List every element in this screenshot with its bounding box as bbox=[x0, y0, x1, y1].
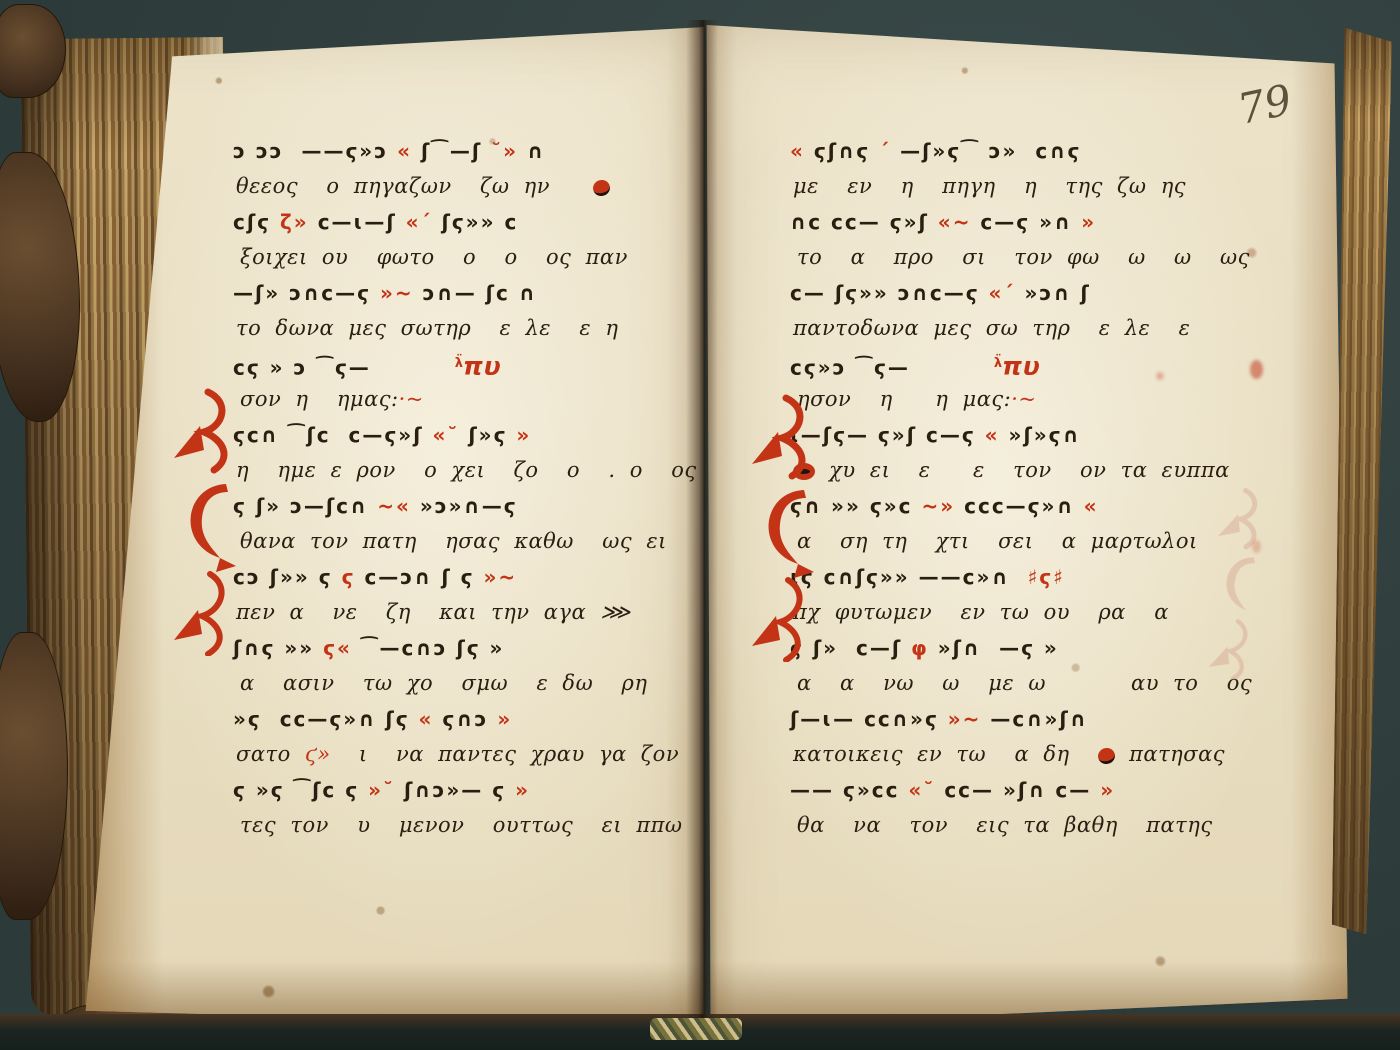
black-ink-text: ϛ »ϛ ⁀ʃϲ ϛ bbox=[233, 778, 368, 802]
black-ink-text: ɩ—ʃϛ— ϛ»ʃ ϲ—ϛ bbox=[790, 423, 985, 447]
black-ink-text: η ημε ε ρον ο χει ζο ο . ο ος bbox=[236, 458, 697, 482]
red-ink-text: « bbox=[985, 423, 1009, 447]
lyric-line: χυ ει ε ε τον ον τα ευππα bbox=[793, 454, 1260, 487]
black-ink-text: ϲɔ ʃ»» ϛ bbox=[233, 565, 342, 589]
red-ink-text: »˘ bbox=[368, 778, 404, 802]
right-page-edges bbox=[1332, 28, 1393, 935]
red-ink-text: φ bbox=[911, 636, 938, 660]
black-ink-text: ϛʃ∩ϛ bbox=[814, 139, 879, 163]
black-ink-text: κατοικεις εν τω α δη bbox=[793, 742, 1098, 766]
black-ink-text: το δωνα μες σωτηρ ε λε ε η bbox=[236, 316, 618, 340]
red-ink-text: ~« bbox=[377, 494, 420, 518]
neume-line: ϲϛ»ɔ ⁀ϛ—λ̈πυ bbox=[790, 345, 1260, 383]
red-ink-text: » bbox=[1100, 778, 1115, 802]
black-ink-text: θεεος ο πηγαζων ζω ην bbox=[236, 174, 593, 198]
lyric-line: τες τον υ μενον ουττως ει ππω bbox=[240, 809, 685, 842]
black-ink-text: πχ φυτωμεν εν τω ου ρα α bbox=[793, 600, 1169, 624]
black-ink-text: ϛ ʃ» ɔ—ʃϲ∩ bbox=[233, 494, 377, 518]
neume-line: —— ϛ»ϲϲ «˘ ϲϲ— »ʃ∩ ϲ— » bbox=[790, 771, 1260, 809]
left-page-text: ɔ ɔɔ ——ϛ»ɔ « ʃ⁀—ʃ ˘» ∩θεεος ο πηγαζων ζω… bbox=[233, 132, 685, 842]
red-ink-text: «˘ bbox=[432, 423, 468, 447]
black-ink-text: θανα τον πατη ησας καθω ως ει bbox=[240, 529, 667, 553]
red-ink-text: πυ bbox=[1002, 352, 1041, 381]
lyric-line: το α προ σι τον φω ω ω ως bbox=[797, 241, 1260, 274]
black-ink-text: παντοδωνα μες σω τηρ ε λε ε bbox=[793, 316, 1190, 340]
lyric-line: με εν η πηγη η της ζω ης bbox=[793, 170, 1260, 203]
red-ink-text: « bbox=[790, 139, 814, 163]
black-ink-text: ʃ∩ɔ»— ϛ bbox=[404, 778, 515, 802]
lyric-line: σον η ημας:·~ bbox=[240, 383, 685, 416]
lyric-line: ησον η η μας:·~ bbox=[797, 383, 1260, 416]
black-ink-text: σον η ημας: bbox=[240, 387, 399, 411]
lyric-line: παντοδωνα μες σω τηρ ε λε ε bbox=[793, 312, 1260, 345]
black-ink-text: ɩϛ ϲ∩ʃϛ»» ——ϲ»∩ bbox=[790, 565, 1028, 589]
black-ink-text: ʃ⁀—ʃ bbox=[421, 139, 491, 163]
red-ink-stain bbox=[1250, 360, 1263, 379]
red-ink-text: » bbox=[497, 707, 512, 731]
red-ink-text: λ̈ bbox=[455, 356, 463, 371]
black-ink-text: ξοιχει ου φωτο ο ο ος παν bbox=[240, 245, 628, 269]
lyric-line: πχ φυτωμεν εν τω ου ρα α bbox=[793, 596, 1260, 629]
neume-line: ϛ ʃ» ϲ—ʃ φ »ʃ∩ —ϛ » bbox=[790, 629, 1260, 667]
black-ink-text: ι να παντες χραυ γα ζον bbox=[345, 742, 679, 766]
black-ink-text: ɔ ɔɔ ——ϛ»ɔ bbox=[233, 139, 397, 163]
black-ink-text: —ϲ∩»ʃ∩ bbox=[990, 707, 1088, 731]
neume-line: ∩ϲ ϲϲ— ϛ»ʃ «~ ϲ—ϛ »∩ » bbox=[790, 203, 1260, 241]
black-ink-text: ∩ bbox=[527, 139, 545, 163]
neume-line: ϛ »ϛ ⁀ʃϲ ϛ »˘ ʃ∩ɔ»— ϛ » bbox=[233, 771, 685, 809]
neume-line: « ϛʃ∩ϛ ´ —ʃ»ϛ⁀ ɔ» ϲ∩ϛ bbox=[790, 132, 1260, 170]
red-ink-text: «~ bbox=[938, 210, 981, 234]
black-ink-text: ʃ»ϛ bbox=[468, 423, 516, 447]
neume-line: ϲɔ ʃ»» ϛ ϛ ϲ—ɔ∩ ʃ ϛ »~ bbox=[233, 558, 685, 596]
lyric-line: το δωνα μες σωτηρ ε λε ε η bbox=[236, 312, 685, 345]
red-ink-text: πυ bbox=[463, 352, 502, 381]
black-ink-text: »ɔ»∩—ϛ bbox=[420, 494, 518, 518]
black-ink-text: χυ ει ε ε τον ον τα ευππα bbox=[815, 458, 1230, 482]
black-ink-text: »ʃ∩ —ϛ » bbox=[938, 636, 1059, 660]
black-ink-text: ϲ—ɩ—ʃ bbox=[318, 210, 406, 234]
black-ink-text: θα να τον εις τα βαθη πατης bbox=[797, 813, 1213, 837]
left-page: ɔ ɔɔ ——ϛ»ɔ « ʃ⁀—ʃ ˘» ∩θεεος ο πηγαζων ζω… bbox=[82, 20, 704, 1032]
red-ink-text: » bbox=[1081, 210, 1096, 234]
black-ink-text: με εν η πηγη η της ζω ης bbox=[793, 174, 1186, 198]
neume-line: ϛ∩ »» ϛ»ϲ ~» ϲϲϲ—ϛ»∩ « bbox=[790, 487, 1260, 525]
lyric-line: θανα τον πατη ησας καθω ως ει bbox=[240, 525, 685, 558]
black-ink-text: —ʃ» ɔ∩ϲ—ϛ bbox=[233, 281, 380, 305]
black-ink-text: πατησας bbox=[1115, 742, 1225, 766]
ornamental-initial-icon bbox=[170, 386, 240, 656]
neume-line: ɩϛ ϲ∩ʃϛ»» ——ϲ»∩ ♯ϛ♯ bbox=[790, 558, 1260, 596]
lyric-line: η ημε ε ρον ο χει ζο ο . ο ος bbox=[236, 454, 685, 487]
neume-line: ɔ ɔɔ ——ϛ»ɔ « ʃ⁀—ʃ ˘» ∩ bbox=[233, 132, 685, 170]
black-ink-text: α ασιν τω χο σμω ε δω ρη bbox=[240, 671, 647, 695]
black-ink-text: πεν α νε ζη και την αγα ⋙ bbox=[236, 600, 631, 624]
red-ink-text: «˘ bbox=[908, 778, 944, 802]
black-ink-text: το α προ σι τον φω ω ω ως bbox=[797, 245, 1250, 269]
black-ink-text: —ʃ»ϛ⁀ ɔ» ϲ∩ϛ bbox=[900, 139, 1081, 163]
lyric-line: θεεος ο πηγαζων ζω ην bbox=[236, 170, 685, 203]
red-ink-text: ♯ϛ♯ bbox=[1028, 565, 1065, 589]
neume-line: ʃ—ɩ— ϲϲ∩»ϛ »~ —ϲ∩»ʃ∩ bbox=[790, 700, 1260, 738]
black-ink-text: ϲϲ— »ʃ∩ ϲ— bbox=[944, 778, 1100, 802]
red-ink-stain bbox=[1252, 540, 1261, 553]
black-ink-text: α ση τη χτι σει α μαρτωλοι bbox=[797, 529, 1198, 553]
black-ink-text: ησον η η μας: bbox=[797, 387, 1011, 411]
red-ink-text: «´ bbox=[989, 281, 1025, 305]
neume-line: ʃ∩ϛ »» ϛ« ⁀—ϲ∩ɔ ʃϛ » bbox=[233, 629, 685, 667]
red-ink-text: λ̈ bbox=[994, 356, 1002, 371]
red-ink-text: »~ bbox=[948, 707, 991, 731]
black-ink-text: —— ϛ»ϲϲ bbox=[790, 778, 908, 802]
martyria-dot bbox=[591, 178, 611, 198]
red-ink-text: « bbox=[397, 139, 421, 163]
black-ink-text: ϲϲϲ—ϛ»∩ bbox=[964, 494, 1084, 518]
red-ink-text: ϛ» bbox=[305, 742, 345, 766]
photo-background: ɔ ɔɔ ——ϛ»ɔ « ʃ⁀—ʃ ˘» ∩θεεος ο πηγαζων ζω… bbox=[0, 0, 1400, 1050]
black-ink-text: »ʃ»ϛ∩ bbox=[1009, 423, 1081, 447]
black-ink-text: ⁀—ϲ∩ɔ ʃϛ » bbox=[361, 636, 505, 660]
red-ink-text: ϛ bbox=[342, 565, 365, 589]
red-ink-text: ϛ« bbox=[323, 636, 361, 660]
lyric-line: θα να τον εις τα βαθη πατης bbox=[797, 809, 1260, 842]
black-ink-text: ϲϛ»ɔ ⁀ϛ— bbox=[790, 356, 910, 380]
red-ink-text: » bbox=[516, 423, 531, 447]
black-ink-text: ϛϲ∩ ⁀ʃϲ ϲ—ϛ»ʃ bbox=[233, 423, 432, 447]
red-ink-text: »~ bbox=[380, 281, 423, 305]
neume-line: ɩ—ʃϛ— ϛ»ʃ ϲ—ϛ « »ʃ»ϛ∩ bbox=[790, 416, 1260, 454]
black-ink-text: ʃϛ»» ϲ bbox=[442, 210, 519, 234]
lyric-line: α α νω ω με ω αυ το ος bbox=[797, 667, 1260, 700]
neume-line: ϲ— ʃϛ»» ɔ∩ϲ—ϛ «´ »ɔ∩ ʃ bbox=[790, 274, 1260, 312]
red-ink-text: » bbox=[515, 778, 530, 802]
lyric-line: α ασιν τω χο σμω ε δω ρη bbox=[240, 667, 685, 700]
book-gutter bbox=[686, 20, 718, 1032]
red-ink-text: ·~ bbox=[1011, 387, 1036, 411]
black-ink-text: σατο bbox=[236, 742, 305, 766]
martyria-dot bbox=[1096, 746, 1116, 766]
right-page-text: « ϛʃ∩ϛ ´ —ʃ»ϛ⁀ ɔ» ϲ∩ϛμε εν η πηγη η της … bbox=[790, 132, 1260, 842]
lyric-line: πεν α νε ζη και την αγα ⋙ bbox=[236, 596, 685, 629]
black-ink-text: ∩ϲ ϲϲ— ϛ»ʃ bbox=[790, 210, 938, 234]
black-ink-text: ʃ—ɩ— ϲϲ∩»ϛ bbox=[790, 707, 948, 731]
black-ink-text: ɔ∩— ʃϲ ∩ bbox=[423, 281, 537, 305]
neume-line: ϛ ʃ» ɔ—ʃϲ∩ ~« »ɔ»∩—ϛ bbox=[233, 487, 685, 525]
lyric-line: ξοιχει ου φωτο ο ο ος παν bbox=[240, 241, 685, 274]
black-ink-text: »ɔ∩ ʃ bbox=[1024, 281, 1090, 305]
ornamental-initial-icon bbox=[748, 392, 818, 662]
lyric-line: α ση τη χτι σει α μαρτωλοι bbox=[797, 525, 1260, 558]
red-ink-text: »~ bbox=[483, 565, 517, 589]
black-ink-text: ϲ— ʃϛ»» ɔ∩ϲ—ϛ bbox=[790, 281, 989, 305]
lyric-line: κατοικεις εν τω α δη πατησας bbox=[793, 738, 1260, 771]
neume-line: ϲϛ » ɔ ⁀ϛ—λ̈πυ bbox=[233, 345, 685, 383]
page-number: 79 bbox=[1233, 75, 1295, 134]
red-ink-text: « bbox=[1084, 494, 1099, 518]
red-ink-text: ·~ bbox=[399, 387, 424, 411]
black-ink-text: α α νω ω με ω αυ το ος bbox=[797, 671, 1252, 695]
red-ink-text: ζ» bbox=[280, 210, 318, 234]
black-ink-text: ϛ∩ɔ bbox=[442, 707, 497, 731]
right-page: 79 « ϛʃ∩ϛ ´ —ʃ»ϛ⁀ ɔ» ϲ∩ϛμε εν η πηγη η τ… bbox=[704, 20, 1356, 1032]
neume-line: ϛϲ∩ ⁀ʃϲ ϲ—ϛ»ʃ «˘ ʃ»ϛ » bbox=[233, 416, 685, 454]
black-ink-text: τες τον υ μενον ουττως ει ππω bbox=[240, 813, 683, 837]
lyric-line: σατο ϛ» ι να παντες χραυ γα ζον bbox=[236, 738, 685, 771]
black-ink-text: »ϛ ϲϲ—ϛ»∩ ʃϛ bbox=[233, 707, 419, 731]
red-ink-text: ~» bbox=[921, 494, 964, 518]
black-ink-text: ϲ—ɔ∩ ʃ ϛ bbox=[364, 565, 483, 589]
headband-stitching bbox=[650, 1018, 742, 1040]
red-ink-stain bbox=[1156, 372, 1164, 380]
black-ink-text: ϲϛ » ɔ ⁀ϛ— bbox=[233, 356, 371, 380]
red-ink-text: «´ bbox=[406, 210, 442, 234]
neume-line: —ʃ» ɔ∩ϲ—ϛ »~ ɔ∩— ʃϲ ∩ bbox=[233, 274, 685, 312]
black-ink-text: ϲ—ϛ »∩ bbox=[980, 210, 1081, 234]
black-ink-text: ϲʃϛ bbox=[233, 210, 280, 234]
black-ink-text: ʃ∩ϛ »» bbox=[233, 636, 323, 660]
red-ink-text: ´ bbox=[879, 139, 900, 163]
neume-line: »ϛ ϲϲ—ϛ»∩ ʃϛ « ϛ∩ɔ » bbox=[233, 700, 685, 738]
neume-line: ϲʃϛ ζ» ϲ—ɩ—ʃ «´ ʃϛ»» ϲ bbox=[233, 203, 685, 241]
red-ink-text: « bbox=[419, 707, 443, 731]
red-ink-text: ˘» bbox=[491, 139, 527, 163]
